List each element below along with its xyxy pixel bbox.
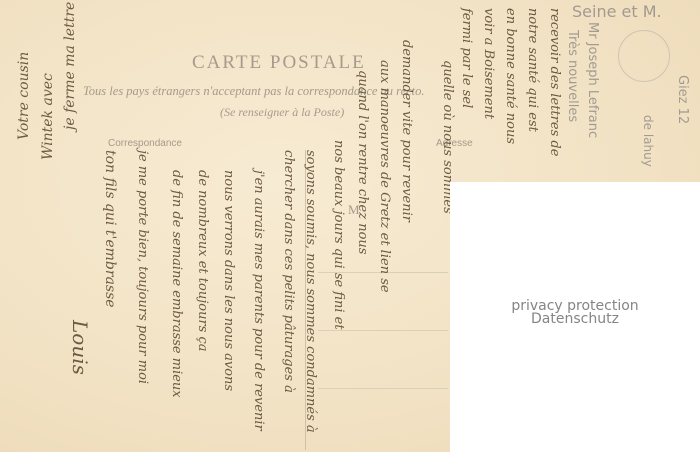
handwritten-line: quand l'on rentre chez nous	[355, 70, 370, 254]
pencil-note-line: Très nouvelles	[565, 30, 580, 122]
handwritten-line: chercher dans ces pelits pâturages à	[281, 150, 296, 393]
handwritten-line: soyons soumis, nous sommes condamnés à	[303, 150, 318, 433]
address-line	[318, 330, 448, 331]
address-line	[318, 388, 448, 389]
pencil-note-line: de lahuy	[641, 115, 655, 167]
handwritten-line: voir a Boisement	[481, 8, 496, 119]
handwritten-line: je me porte bien, toujours pour moi	[135, 150, 150, 384]
handwritten-line: en bonne santé nous	[503, 8, 518, 144]
pencil-note-line: Giez 12	[675, 75, 690, 124]
postcard-title: CARTE POSTALE	[192, 52, 366, 74]
handwritten-line: aux manoeuvres de Gretz et lien se	[377, 60, 392, 293]
handwritten-line: nous verrons dans les nous avons	[221, 170, 236, 391]
handwritten-line: nos beaux jours qui se fini et	[331, 140, 346, 330]
handwritten-line: j'en aurais mes parents pour de revenir	[251, 170, 266, 431]
privacy-protection-overlay: privacy protection Datenschutz	[450, 182, 700, 452]
postcard-back: CARTE POSTALE Tous les pays étrangers n'…	[0, 0, 700, 452]
postal-notice-sub: (Se renseigner à la Poste)	[220, 105, 344, 120]
pencil-note-line: Mr Joseph Lefranc	[585, 22, 600, 138]
handwritten-line: de fin de semaine embrasse mieux	[169, 170, 184, 398]
handwritten-signature: Louis	[68, 320, 92, 375]
postal-notice: Tous les pays étrangers n'acceptant pas …	[83, 84, 425, 99]
handwriting-corner: Votre cousin Wintek avec je ferme ma let…	[2, 20, 122, 160]
postmark-stamp-icon	[618, 30, 670, 82]
privacy-label-de: Datenschutz	[450, 312, 700, 326]
handwritten-line: recevoir des lettres de	[547, 8, 562, 156]
handwritten-line: fermi par le sel	[459, 8, 474, 108]
handwritten-line: de nombreux et toujours ça	[195, 170, 210, 352]
pencil-note-header: Seine et M.	[572, 2, 662, 21]
handwritten-line: notre santé qui est	[525, 8, 540, 132]
handwritten-line: ton fils qui t'embrasse	[102, 150, 118, 308]
handwritten-line: demander vite pour revenir	[399, 40, 414, 222]
